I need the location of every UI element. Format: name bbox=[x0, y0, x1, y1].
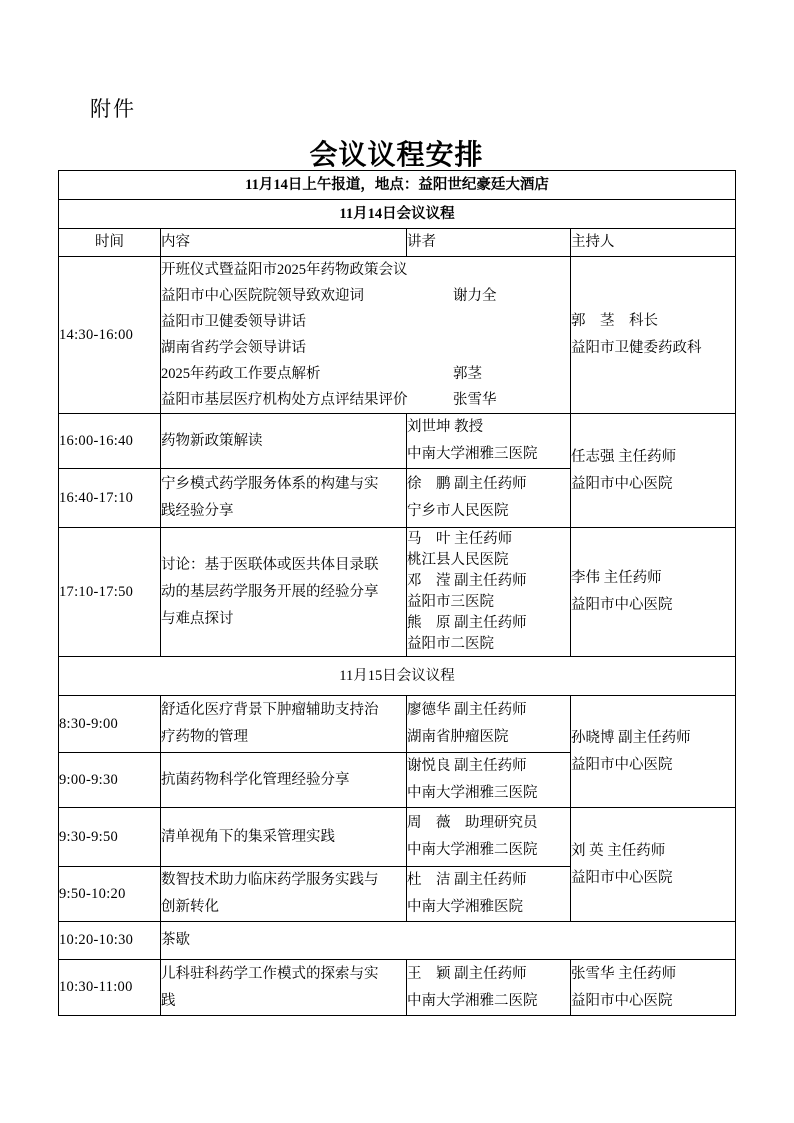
day2-header: 11月15日会议议程 bbox=[59, 657, 736, 696]
speaker-name: 刘世坤 教授 bbox=[407, 414, 570, 441]
agenda-item: 开班仪式暨益阳市2025年药物政策会议 bbox=[161, 257, 570, 283]
host-name: 刘 英 主任药师 bbox=[571, 838, 735, 865]
speaker-name: 熊 原 副主任药师 bbox=[407, 613, 570, 634]
speaker-affiliation: 中南大学湘雅三医院 bbox=[407, 441, 570, 468]
host-affiliation: 益阳市中心医院 bbox=[571, 471, 735, 498]
text-line: 践经验分享 bbox=[161, 498, 406, 525]
col-header-time: 时间 bbox=[59, 229, 161, 257]
host-name: 李伟 主任药师 bbox=[571, 565, 735, 592]
text-line: 宁乡模式药学服务体系的构建与实 bbox=[161, 471, 406, 498]
text-line: 抗菌药物科学化管理经验分享 bbox=[161, 767, 406, 794]
agenda-item-speaker: 郭茎 bbox=[453, 361, 482, 387]
speaker-affiliation: 益阳市三医院 bbox=[407, 592, 570, 613]
agenda-item-text: 益阳市基层医疗机构处方点评结果评价 bbox=[161, 392, 408, 408]
text-line: 践 bbox=[161, 988, 406, 1015]
host-affiliation: 益阳市中心医院 bbox=[571, 865, 735, 892]
speaker-name: 谢悦良 副主任药师 bbox=[407, 753, 570, 780]
host-cell: 郭 茎 科长 益阳市卫健委药政科 bbox=[571, 257, 736, 414]
speaker-cell: 谢悦良 副主任药师 中南大学湘雅三医院 bbox=[407, 753, 571, 808]
host-affiliation: 益阳市中心医院 bbox=[571, 592, 735, 619]
text-line: 创新转化 bbox=[161, 894, 406, 921]
time-cell: 16:00-16:40 bbox=[59, 414, 161, 469]
host-cell: 刘 英 主任药师 益阳市中心医院 bbox=[571, 808, 736, 922]
text-line: 清单视角下的集采管理实践 bbox=[161, 824, 406, 851]
text-line: 动的基层药学服务开展的经验分享 bbox=[161, 579, 406, 606]
agenda-item-text: 湖南省药学会领导讲话 bbox=[161, 340, 306, 356]
time-cell: 14:30-16:00 bbox=[59, 257, 161, 414]
speaker-affiliation: 益阳市二医院 bbox=[407, 634, 570, 655]
time-cell: 8:30-9:00 bbox=[59, 696, 161, 753]
time-cell: 10:20-10:30 bbox=[59, 922, 161, 960]
content-cell: 儿科驻科药学工作模式的探索与实 践 bbox=[161, 960, 407, 1016]
time-cell: 10:30-11:00 bbox=[59, 960, 161, 1016]
host-affiliation: 益阳市中心医院 bbox=[571, 752, 735, 779]
agenda-item: 益阳市中心医院院领导致欢迎词 谢力全 bbox=[161, 283, 570, 309]
host-affiliation: 益阳市卫健委药政科 bbox=[571, 335, 735, 362]
host-name: 张雪华 主任药师 bbox=[571, 961, 735, 988]
speaker-affiliation: 中南大学湘雅二医院 bbox=[407, 988, 570, 1015]
tea-break-cell: 茶歇 bbox=[161, 922, 736, 960]
agenda-item: 湖南省药学会领导讲话 bbox=[161, 335, 570, 361]
host-cell: 任志强 主任药师 益阳市中心医院 bbox=[571, 414, 736, 528]
session-row: 9:30-9:50 清单视角下的集采管理实践 周 薇 助理研究员 中南大学湘雅二… bbox=[59, 808, 736, 867]
speaker-cell: 刘世坤 教授 中南大学湘雅三医院 bbox=[407, 414, 571, 469]
speaker-affiliation: 中南大学湘雅医院 bbox=[407, 894, 570, 921]
time-cell: 17:10-17:50 bbox=[59, 528, 161, 657]
agenda-item-text: 开班仪式暨益阳市2025年药物政策会议 bbox=[161, 262, 408, 278]
col-header-speaker: 讲者 bbox=[407, 229, 571, 257]
speaker-cell: 周 薇 助理研究员 中南大学湘雅二医院 bbox=[407, 808, 571, 867]
speaker-affiliation: 中南大学湘雅二医院 bbox=[407, 837, 570, 864]
speaker-name: 周 薇 助理研究员 bbox=[407, 810, 570, 837]
content-cell: 宁乡模式药学服务体系的构建与实 践经验分享 bbox=[161, 469, 407, 528]
col-header-content: 内容 bbox=[161, 229, 407, 257]
content-cell: 舒适化医疗背景下肿瘤辅助支持治 疗药物的管理 bbox=[161, 696, 407, 753]
agenda-item-speaker: 张雪华 bbox=[453, 387, 497, 413]
host-name: 孙晓博 副主任药师 bbox=[571, 725, 735, 752]
speaker-name: 王 颖 副主任药师 bbox=[407, 961, 570, 988]
session-row: 10:30-11:00 儿科驻科药学工作模式的探索与实 践 王 颖 副主任药师 … bbox=[59, 960, 736, 1016]
text-line: 与难点探讨 bbox=[161, 606, 406, 633]
registration-header: 11月14日上午报道，地点：益阳世纪豪廷大酒店 bbox=[59, 171, 736, 200]
speaker-affiliation: 湖南省肿瘤医院 bbox=[407, 724, 570, 751]
session-row: 16:00-16:40 药物新政策解读 刘世坤 教授 中南大学湘雅三医院 任志强… bbox=[59, 414, 736, 469]
speaker-cell: 马 叶 主任药师 桃江县人民医院 邓 滢 副主任药师 益阳市三医院 熊 原 副主… bbox=[407, 528, 571, 657]
time-cell: 9:50-10:20 bbox=[59, 867, 161, 922]
host-cell: 张雪华 主任药师 益阳市中心医院 bbox=[571, 960, 736, 1016]
day2-header-row: 11月15日会议议程 bbox=[59, 657, 736, 696]
discussion-row: 17:10-17:50 讨论：基于医联体或医共体目录联 动的基层药学服务开展的经… bbox=[59, 528, 736, 657]
column-header-row: 时间 内容 讲者 主持人 bbox=[59, 229, 736, 257]
day1-header: 11月14日会议议程 bbox=[59, 200, 736, 229]
attachment-label: 附件 bbox=[90, 93, 136, 123]
content-cell: 清单视角下的集采管理实践 bbox=[161, 808, 407, 867]
host-cell: 孙晓博 副主任药师 益阳市中心医院 bbox=[571, 696, 736, 808]
agenda-item-speaker: 谢力全 bbox=[453, 283, 497, 309]
speaker-name: 杜 洁 副主任药师 bbox=[407, 867, 570, 894]
text-line: 疗药物的管理 bbox=[161, 724, 406, 751]
host-name: 任志强 主任药师 bbox=[571, 444, 735, 471]
document-page: 附件 会议议程安排 11月14日上午报道，地点：益阳世纪豪廷大酒店 11月14日… bbox=[0, 0, 794, 1123]
session-row: 8:30-9:00 舒适化医疗背景下肿瘤辅助支持治 疗药物的管理 廖德华 副主任… bbox=[59, 696, 736, 753]
speaker-name: 邓 滢 副主任药师 bbox=[407, 571, 570, 592]
host-affiliation: 益阳市中心医院 bbox=[571, 988, 735, 1015]
agenda-item-text: 益阳市中心医院院领导致欢迎词 bbox=[161, 288, 364, 304]
speaker-affiliation: 桃江县人民医院 bbox=[407, 550, 570, 571]
col-header-host: 主持人 bbox=[571, 229, 736, 257]
agenda-item: 益阳市卫健委领导讲话 bbox=[161, 309, 570, 335]
opening-session-row: 14:30-16:00 开班仪式暨益阳市2025年药物政策会议 益阳市中心医院院… bbox=[59, 257, 736, 414]
opening-content-cell: 开班仪式暨益阳市2025年药物政策会议 益阳市中心医院院领导致欢迎词 谢力全 益… bbox=[161, 257, 571, 414]
text-line: 数智技术助力临床药学服务实践与 bbox=[161, 867, 406, 894]
speaker-name: 马 叶 主任药师 bbox=[407, 529, 570, 550]
speaker-cell: 杜 洁 副主任药师 中南大学湘雅医院 bbox=[407, 867, 571, 922]
agenda-item: 2025年药政工作要点解析 郭茎 bbox=[161, 361, 570, 387]
time-cell: 16:40-17:10 bbox=[59, 469, 161, 528]
time-cell: 9:30-9:50 bbox=[59, 808, 161, 867]
day1-header-row: 11月14日会议议程 bbox=[59, 200, 736, 229]
speaker-affiliation: 宁乡市人民医院 bbox=[407, 498, 570, 525]
time-cell: 9:00-9:30 bbox=[59, 753, 161, 808]
speaker-affiliation: 中南大学湘雅三医院 bbox=[407, 780, 570, 807]
text-line: 儿科驻科药学工作模式的探索与实 bbox=[161, 961, 406, 988]
speaker-name: 徐 鹏 副主任药师 bbox=[407, 471, 570, 498]
agenda-item-text: 2025年药政工作要点解析 bbox=[161, 366, 321, 382]
speaker-name: 廖德华 副主任药师 bbox=[407, 697, 570, 724]
text-line: 讨论：基于医联体或医共体目录联 bbox=[161, 552, 406, 579]
content-cell: 讨论：基于医联体或医共体目录联 动的基层药学服务开展的经验分享 与难点探讨 bbox=[161, 528, 407, 657]
content-cell: 药物新政策解读 bbox=[161, 414, 407, 469]
content-cell: 数智技术助力临床药学服务实践与 创新转化 bbox=[161, 867, 407, 922]
text-line: 药物新政策解读 bbox=[161, 428, 406, 455]
agenda-item-text: 益阳市卫健委领导讲话 bbox=[161, 314, 306, 330]
speaker-cell: 徐 鹏 副主任药师 宁乡市人民医院 bbox=[407, 469, 571, 528]
agenda-table: 11月14日上午报道，地点：益阳世纪豪廷大酒店 11月14日会议议程 时间 内容… bbox=[58, 170, 736, 1016]
host-name: 郭 茎 科长 bbox=[571, 308, 735, 335]
page-title: 会议议程安排 bbox=[58, 133, 735, 173]
host-cell: 李伟 主任药师 益阳市中心医院 bbox=[571, 528, 736, 657]
registration-row: 11月14日上午报道，地点：益阳世纪豪廷大酒店 bbox=[59, 171, 736, 200]
speaker-cell: 廖德华 副主任药师 湖南省肿瘤医院 bbox=[407, 696, 571, 753]
text-line: 舒适化医疗背景下肿瘤辅助支持治 bbox=[161, 697, 406, 724]
speaker-cell: 王 颖 副主任药师 中南大学湘雅二医院 bbox=[407, 960, 571, 1016]
agenda-item: 益阳市基层医疗机构处方点评结果评价 张雪华 bbox=[161, 387, 570, 413]
content-cell: 抗菌药物科学化管理经验分享 bbox=[161, 753, 407, 808]
tea-break-row: 10:20-10:30 茶歇 bbox=[59, 922, 736, 960]
